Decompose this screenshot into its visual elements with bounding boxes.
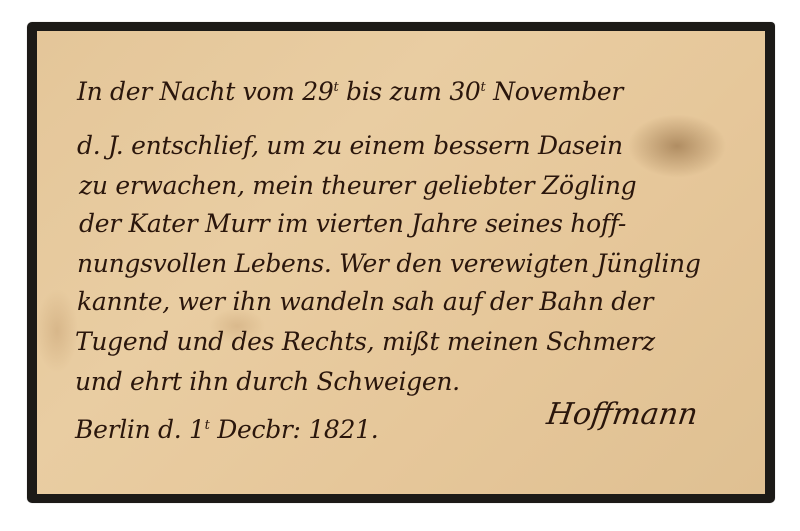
text-line-3: zu erwachen, mein theurer geliebter Zögl…: [79, 171, 636, 200]
text-line-7: Tugend und des Rechts, mißt meinen Schme…: [75, 327, 655, 356]
text-line-4: der Kater Murr im vierten Jahre seines h…: [79, 209, 626, 238]
text-line-6: kannte, wer ihn wandeln sah auf der Bahn…: [77, 287, 653, 316]
line-1-part-3: November: [485, 77, 623, 106]
place-date-part-2: Decbr: 1821.: [210, 415, 379, 444]
text-line-1: In der Nacht vom 29t bis zum 30t Novembe…: [77, 77, 623, 106]
scanned-card-image: In der Nacht vom 29t bis zum 30t Novembe…: [0, 0, 800, 531]
place-date-line: Berlin d. 1t Decbr: 1821.: [75, 415, 378, 444]
mourning-card: In der Nacht vom 29t bis zum 30t Novembe…: [27, 22, 775, 503]
line-1-part-2: bis zum 30: [338, 77, 480, 106]
place-date-part-1: Berlin d. 1: [75, 415, 205, 444]
text-line-8: und ehrt ihn durch Schweigen.: [75, 367, 460, 396]
text-line-2: d. J. entschlief, um zu einem bessern Da…: [77, 131, 623, 160]
signature: Hoffmann: [545, 397, 700, 432]
text-line-5: nungsvollen Lebens. Wer den verewigten J…: [77, 249, 701, 278]
line-1-part-1: In der Nacht vom 29: [77, 77, 333, 106]
card-paper: In der Nacht vom 29t bis zum 30t Novembe…: [37, 31, 765, 494]
